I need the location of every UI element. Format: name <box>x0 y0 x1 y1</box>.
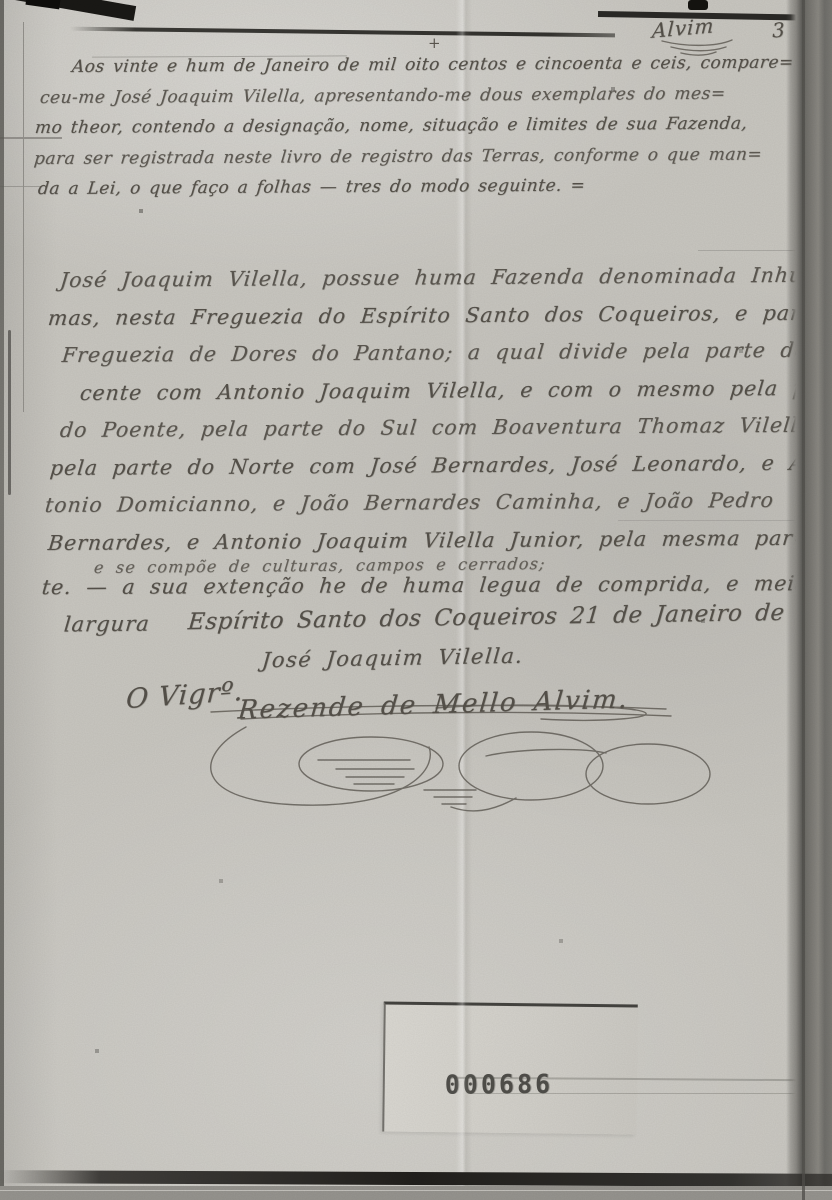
bottom-scan-strip <box>0 1186 832 1200</box>
manuscript-line: do Poente, pela parte do Sul com Boavent… <box>58 406 832 449</box>
bottom-scan-highlight <box>0 1190 832 1191</box>
manuscript-line: José Joaquim Vilella, possue huma Fazend… <box>58 256 832 299</box>
top-left-scan-edge <box>0 0 136 21</box>
left-margin-mark <box>8 330 11 495</box>
manuscript-line: Freguezia de Dores do Pantano; a qual di… <box>60 331 832 374</box>
width-word: largura <box>63 612 151 637</box>
left-fold-line <box>23 22 24 412</box>
registration-stamp: 000686 <box>382 1001 638 1134</box>
registry-entry-paragraph: José Joaquim Vilella, possue huma Fazend… <box>42 262 832 562</box>
declarant-signature: José Joaquim Vilella. <box>261 644 525 673</box>
manuscript-line: para ser registrada neste livro de regis… <box>32 139 795 174</box>
manuscript-line: ceu-me José Joaquim Vilella, apresentand… <box>38 78 795 113</box>
manuscript-line: Aos vinte e hum de Janeiro de mil oito c… <box>70 48 795 83</box>
book-spine-line <box>802 0 805 1200</box>
scanned-register-page: Alvim 3 + Aos vinte e hum de Janeiro de … <box>0 0 832 1200</box>
top-scan-line <box>70 27 615 38</box>
manuscript-line: cente com Antonio Joaquim Vilella, e com… <box>78 369 832 412</box>
left-page-edge <box>0 0 4 1200</box>
page-number: 3 <box>771 18 785 43</box>
opening-paragraph: Aos vinte e hum de Janeiro de mil oito c… <box>34 52 794 205</box>
manuscript-line: tonio Domicianno, e João Bernardes Camin… <box>43 481 832 524</box>
top-scan-blot <box>688 0 708 10</box>
book-spine-shadow <box>786 0 832 1200</box>
crease-line <box>470 1093 800 1094</box>
closing-line: te. — a sua extenção he de huma legua de… <box>41 571 832 599</box>
bottom-scan-edge <box>0 1170 832 1187</box>
dateline: Espírito Santo dos Coqueiros 21 de Janei… <box>187 599 832 636</box>
manuscript-line: da a Lei, o que faço a folhas — tres do … <box>36 169 795 204</box>
manuscript-line: pela parte do Norte com José Bernardes, … <box>48 444 832 487</box>
manuscript-line: mas, nesta Freguezia do Espírito Santo d… <box>46 294 832 337</box>
manuscript-line: mo theor, contendo a designação, nome, s… <box>33 108 795 143</box>
top-left-scan-edge <box>25 0 60 9</box>
